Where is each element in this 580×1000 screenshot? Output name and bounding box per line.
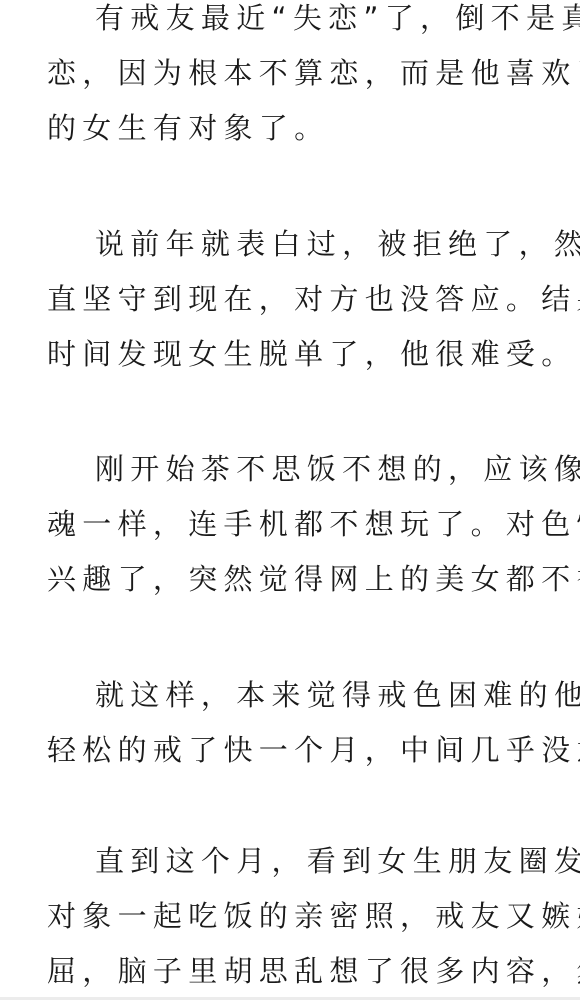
- text-line: 直坚守到现在，对方也没答应。结果前段: [47, 281, 580, 336]
- text-line: 恋，因为根本不算恋，而是他喜欢了很久: [47, 55, 580, 110]
- text-line: 轻松的戒了快一个月，中间几乎没意淫。: [47, 732, 580, 787]
- text-line: 对象一起吃饭的亲密照，戒友又嫉妒又憋: [47, 898, 580, 953]
- text-line: 就这样，本来觉得戒色困难的他，很: [47, 677, 580, 732]
- paragraph-5: 直到这个月，看到女生朋友圈发了和 对象一起吃饭的亲密照，戒友又嫉妒又憋 屈，脑子…: [47, 843, 580, 1000]
- paragraph-4: 就这样，本来觉得戒色困难的他，很 轻松的戒了快一个月，中间几乎没意淫。: [47, 677, 580, 787]
- text-line: 魂一样，连手机都不想玩了。对色情更没: [47, 506, 580, 561]
- paragraph-1: 有戒友最近“失恋”了，倒不是真失 恋，因为根本不算恋，而是他喜欢了很久 的女生有…: [47, 0, 580, 165]
- text-line: 时间发现女生脱单了，他很难受。: [47, 336, 580, 391]
- text-line: 说前年就表白过，被拒绝了，然后一: [47, 226, 580, 281]
- text-line: 屈，脑子里胡思乱想了很多内容，然后破: [47, 953, 580, 1000]
- text-line: 的女生有对象了。: [47, 110, 580, 165]
- text-line: 有戒友最近“失恋”了，倒不是真失: [47, 0, 580, 55]
- text-line: 刚开始茶不思饭不想的，应该像丢了: [47, 451, 580, 506]
- paragraph-2: 说前年就表白过，被拒绝了，然后一 直坚守到现在，对方也没答应。结果前段 时间发现…: [47, 226, 580, 391]
- text-line: 兴趣了，突然觉得网上的美女都不香了。: [47, 561, 580, 616]
- text-line: 直到这个月，看到女生朋友圈发了和: [47, 843, 580, 898]
- paragraph-3: 刚开始茶不思饭不想的，应该像丢了 魂一样，连手机都不想玩了。对色情更没 兴趣了，…: [47, 451, 580, 616]
